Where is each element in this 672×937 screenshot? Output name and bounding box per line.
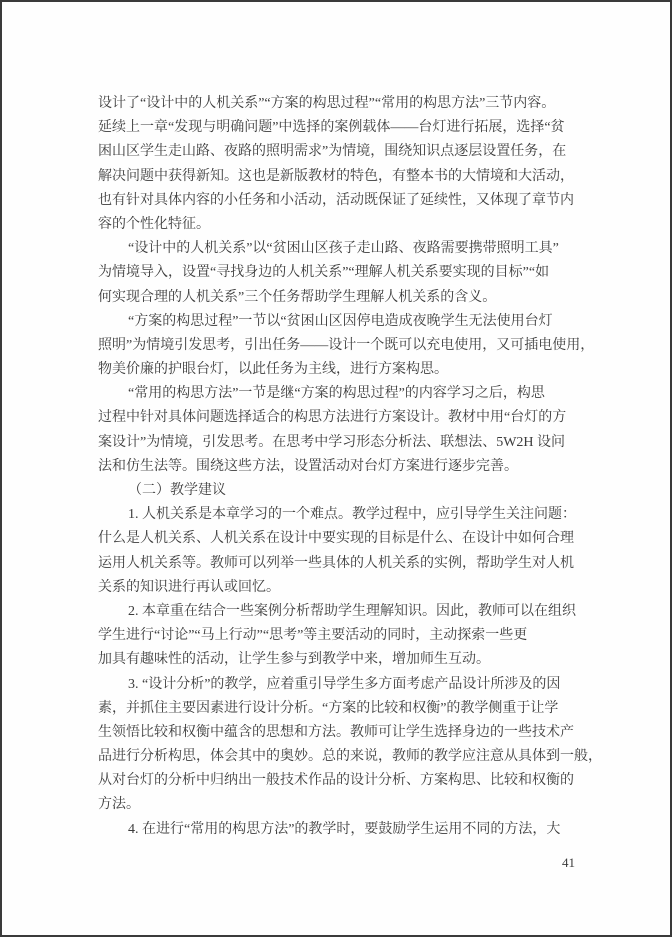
page-number: 41 <box>98 854 575 872</box>
text-line: 方法。 <box>98 793 579 817</box>
text-line: 物美价廉的护眼台灯，以此任务为主线，进行方案构思。 <box>98 358 579 382</box>
text-line: 关系的知识进行再认或回忆。 <box>98 576 579 600</box>
text-line: 过程中针对具体问题选择适合的构思方法进行方案设计。教材中用“台灯的方 <box>98 406 579 430</box>
text-line: 2. 本章重在结合一些案例分析帮助学生理解知识。因此，教师可以在组织 <box>98 600 579 624</box>
text-line: 法和仿生法等。围绕这些方法，设置活动对台灯方案进行逐步完善。 <box>98 455 579 479</box>
text-line: 4. 在进行“常用的构思方法”的教学时，要鼓励学生运用不同的方法，大 <box>98 818 579 842</box>
text-line: 照明”为情境引发思考，引出任务——设计一个既可以充电使用，又可插电使用， <box>98 334 579 358</box>
text-line: 生领悟比较和权衡中蕴含的思想和方法。教师可让学生选择身边的一些技术产 <box>98 721 579 745</box>
text-line: 解决问题中获得新知。这也是新版教材的特色，有整本书的大情境和大活动， <box>98 165 579 189</box>
text-line: 延续上一章“发现与明确问题”中选择的案例载体——台灯进行拓展，选择“贫 <box>98 116 579 140</box>
text-line: （二）教学建议 <box>98 479 579 503</box>
text-line: 什么是人机关系、人机关系在设计中要实现的目标是什么、在设计中如何合理 <box>98 527 579 551</box>
text-line: 3. “设计分析”的教学，应着重引导学生多方面考虑产品设计所涉及的因 <box>98 673 579 697</box>
text-line: 也有针对具体内容的小任务和小活动，活动既保证了延续性，又体现了章节内 <box>98 189 579 213</box>
text-line: 为情境导入，设置“寻找身边的人机关系”“理解人机关系要实现的目标”“如 <box>98 261 579 285</box>
document-text: 设计了“设计中的人机关系”“方案的构思过程”“常用的构思方法”三节内容。延续上一… <box>98 92 579 842</box>
text-line: “方案的构思过程”一节以“贫困山区因停电造成夜晚学生无法使用台灯 <box>98 310 579 334</box>
text-line: 设计了“设计中的人机关系”“方案的构思过程”“常用的构思方法”三节内容。 <box>98 92 579 116</box>
text-line: 学生进行“讨论”“马上行动”“思考”等主要活动的同时，主动探索一些更 <box>98 624 579 648</box>
text-line: 容的个性化特征。 <box>98 213 579 237</box>
text-line: “设计中的人机关系”以“贫困山区孩子走山路、夜路需要携带照明工具” <box>98 237 579 261</box>
text-line: 从对台灯的分析中归纳出一般技术作品的设计分析、方案构思、比较和权衡的 <box>98 769 579 793</box>
text-line: 何实现合理的人机关系”三个任务帮助学生理解人机关系的含义。 <box>98 286 579 310</box>
text-line: 案设计”为情境，引发思考。在思考中学习形态分析法、联想法、5W2H 设问 <box>98 431 579 455</box>
text-line: 运用人机关系等。教师可以列举一些具体的人机关系的实例，帮助学生对人机 <box>98 552 579 576</box>
text-line: 加具有趣味性的活动，让学生参与到教学中来，增加师生互动。 <box>98 648 579 672</box>
text-line: 素，并抓住主要因素进行设计分析。“方案的比较和权衡”的教学侧重于让学 <box>98 697 579 721</box>
text-line: 1. 人机关系是本章学习的一个难点。教学过程中，应引导学生关注问题： <box>98 503 579 527</box>
text-line: 品进行分析构思，体会其中的奥妙。总的来说，教师的教学应注意从具体到一般， <box>98 745 579 769</box>
text-line: 困山区学生走山路、夜路的照明需求”为情境，围绕知识点逐层设置任务，在 <box>98 140 579 164</box>
document-page: 设计了“设计中的人机关系”“方案的构思过程”“常用的构思方法”三节内容。延续上一… <box>0 0 672 937</box>
text-line: “常用的构思方法”一节是继“方案的构思过程”的内容学习之后，构思 <box>98 382 579 406</box>
